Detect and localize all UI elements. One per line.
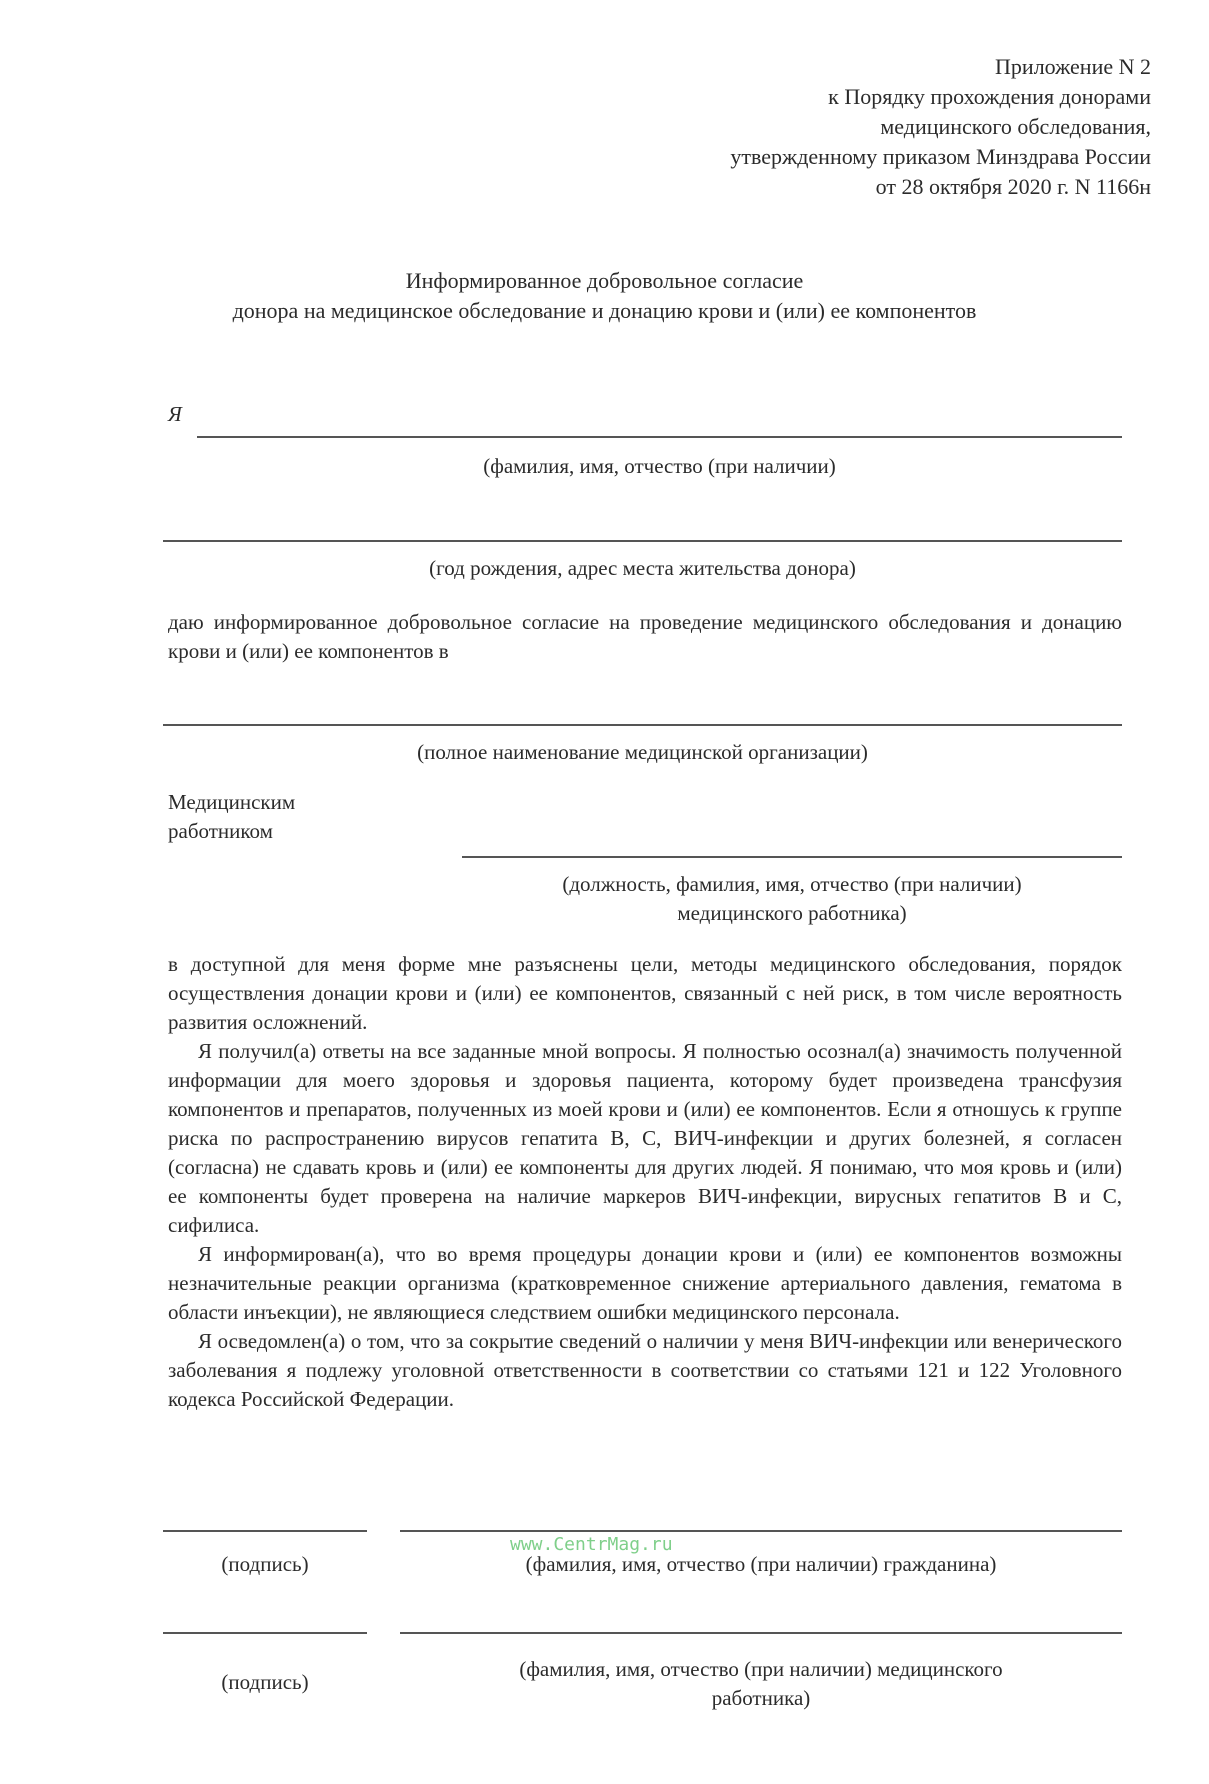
med-worker-caption-line-2: медицинского работника) (462, 899, 1122, 928)
worker-signature-caption: (подпись) (163, 1668, 367, 1697)
paragraph-1: в доступной для меня форме мне разъяснен… (168, 950, 1122, 1037)
worker-name-line[interactable] (400, 1632, 1122, 1634)
med-worker-label-2: работником (168, 817, 273, 846)
birth-address-field-line[interactable] (163, 540, 1122, 542)
body-text: в доступной для меня форме мне разъяснен… (168, 950, 1122, 1414)
organization-caption: (полное наименование медицинской организ… (163, 738, 1122, 767)
fio-caption: (фамилия, имя, отчество (при наличии) (197, 452, 1122, 481)
watermark: www.CentrMag.ru (510, 1534, 673, 1555)
fio-field-line[interactable] (197, 436, 1122, 438)
med-worker-label-1: Медицинским (168, 788, 295, 817)
appendix-line: Приложение N 2 (730, 52, 1151, 82)
appendix-header: Приложение N 2 к Порядку прохождения дон… (730, 52, 1151, 202)
worker-signature-line[interactable] (163, 1632, 367, 1634)
citizen-signature-caption: (подпись) (163, 1550, 367, 1579)
paragraph-2: Я получил(а) ответы на все заданные мной… (168, 1037, 1122, 1240)
paragraph-3: Я информирован(а), что во время процедур… (168, 1240, 1122, 1327)
title-line-2: донора на медицинское обследование и дон… (0, 296, 1209, 326)
citizen-name-caption: (фамилия, имя, отчество (при наличии) гр… (400, 1550, 1122, 1579)
med-worker-caption: (должность, фамилия, имя, отчество (при … (462, 870, 1122, 928)
organization-field-line[interactable] (163, 724, 1122, 726)
ya-label: Я (168, 400, 182, 429)
med-worker-caption-line-1: (должность, фамилия, имя, отчество (при … (462, 870, 1122, 899)
worker-name-caption: (фамилия, имя, отчество (при наличии) ме… (400, 1655, 1122, 1713)
citizen-name-line[interactable] (400, 1530, 1122, 1532)
title-line-1: Информированное добровольное согласие (0, 266, 1209, 296)
appendix-line: от 28 октября 2020 г. N 1166н (730, 172, 1151, 202)
birth-address-caption: (год рождения, адрес места жительства до… (163, 554, 1122, 583)
paragraph-4: Я осведомлен(а) о том, что за сокрытие с… (168, 1327, 1122, 1414)
appendix-line: утвержденному приказом Минздрава России (730, 142, 1151, 172)
document-title: Информированное добровольное согласие до… (0, 266, 1209, 326)
worker-name-caption-line-2: работника) (400, 1684, 1122, 1713)
appendix-line: медицинского обследования, (730, 112, 1151, 142)
med-worker-field-line[interactable] (462, 856, 1122, 858)
appendix-line: к Порядку прохождения донорами (730, 82, 1151, 112)
consent-statement: даю информированное добровольное согласи… (168, 608, 1122, 666)
worker-name-caption-line-1: (фамилия, имя, отчество (при наличии) ме… (400, 1655, 1122, 1684)
citizen-signature-line[interactable] (163, 1530, 367, 1532)
